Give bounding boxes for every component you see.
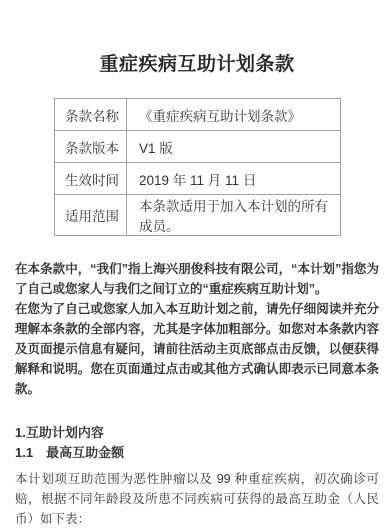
row-label: 适用范围 [55, 195, 127, 236]
preamble: 在本条款中，“我们”指上海兴朋俊科技有限公司，“本计划”指您为了自己或您家人与我… [15, 259, 379, 399]
info-table: 条款名称 《重症疾病互助计划条款》 条款版本 V1 版 生效时间 2019 年 … [54, 98, 341, 236]
section-1-heading: 1.互助计划内容 [15, 423, 379, 443]
row-label: 生效时间 [55, 163, 127, 195]
row-label: 条款名称 [55, 99, 127, 131]
row-label: 条款版本 [55, 131, 127, 163]
row-value: 本条款适用于加入本计划的所有成员。 [127, 195, 341, 236]
preamble-paragraph-2: 在您为了自己或您家人加入本互助计划之前，请先仔细阅读并充分理解本条款的全部内容，… [15, 299, 379, 399]
row-value: 《重症疾病互助计划条款》 [127, 99, 341, 131]
section-1-1-subheading: 1.1 最高互助金额 [15, 443, 379, 463]
preamble-paragraph-1: 在本条款中，“我们”指上海兴朋俊科技有限公司，“本计划”指您为了自己或您家人与我… [15, 259, 379, 299]
table-row: 生效时间 2019 年 11 月 11 日 [55, 163, 341, 195]
table-row: 条款版本 V1 版 [55, 131, 341, 163]
table-row: 条款名称 《重症疾病互助计划条款》 [55, 99, 341, 131]
row-value: V1 版 [127, 131, 341, 163]
section-1-1-body: 本计划项互助范围为恶性肿瘤以及 99 种重症疾病，初次确诊可赔，根据不同年龄段及… [15, 469, 379, 529]
page-title: 重症疾病互助计划条款 [15, 52, 379, 78]
row-value: 2019 年 11 月 11 日 [127, 163, 341, 195]
table-row: 适用范围 本条款适用于加入本计划的所有成员。 [55, 195, 341, 236]
terms-document: 重症疾病互助计划条款 条款名称 《重症疾病互助计划条款》 条款版本 V1 版 生… [0, 52, 390, 529]
